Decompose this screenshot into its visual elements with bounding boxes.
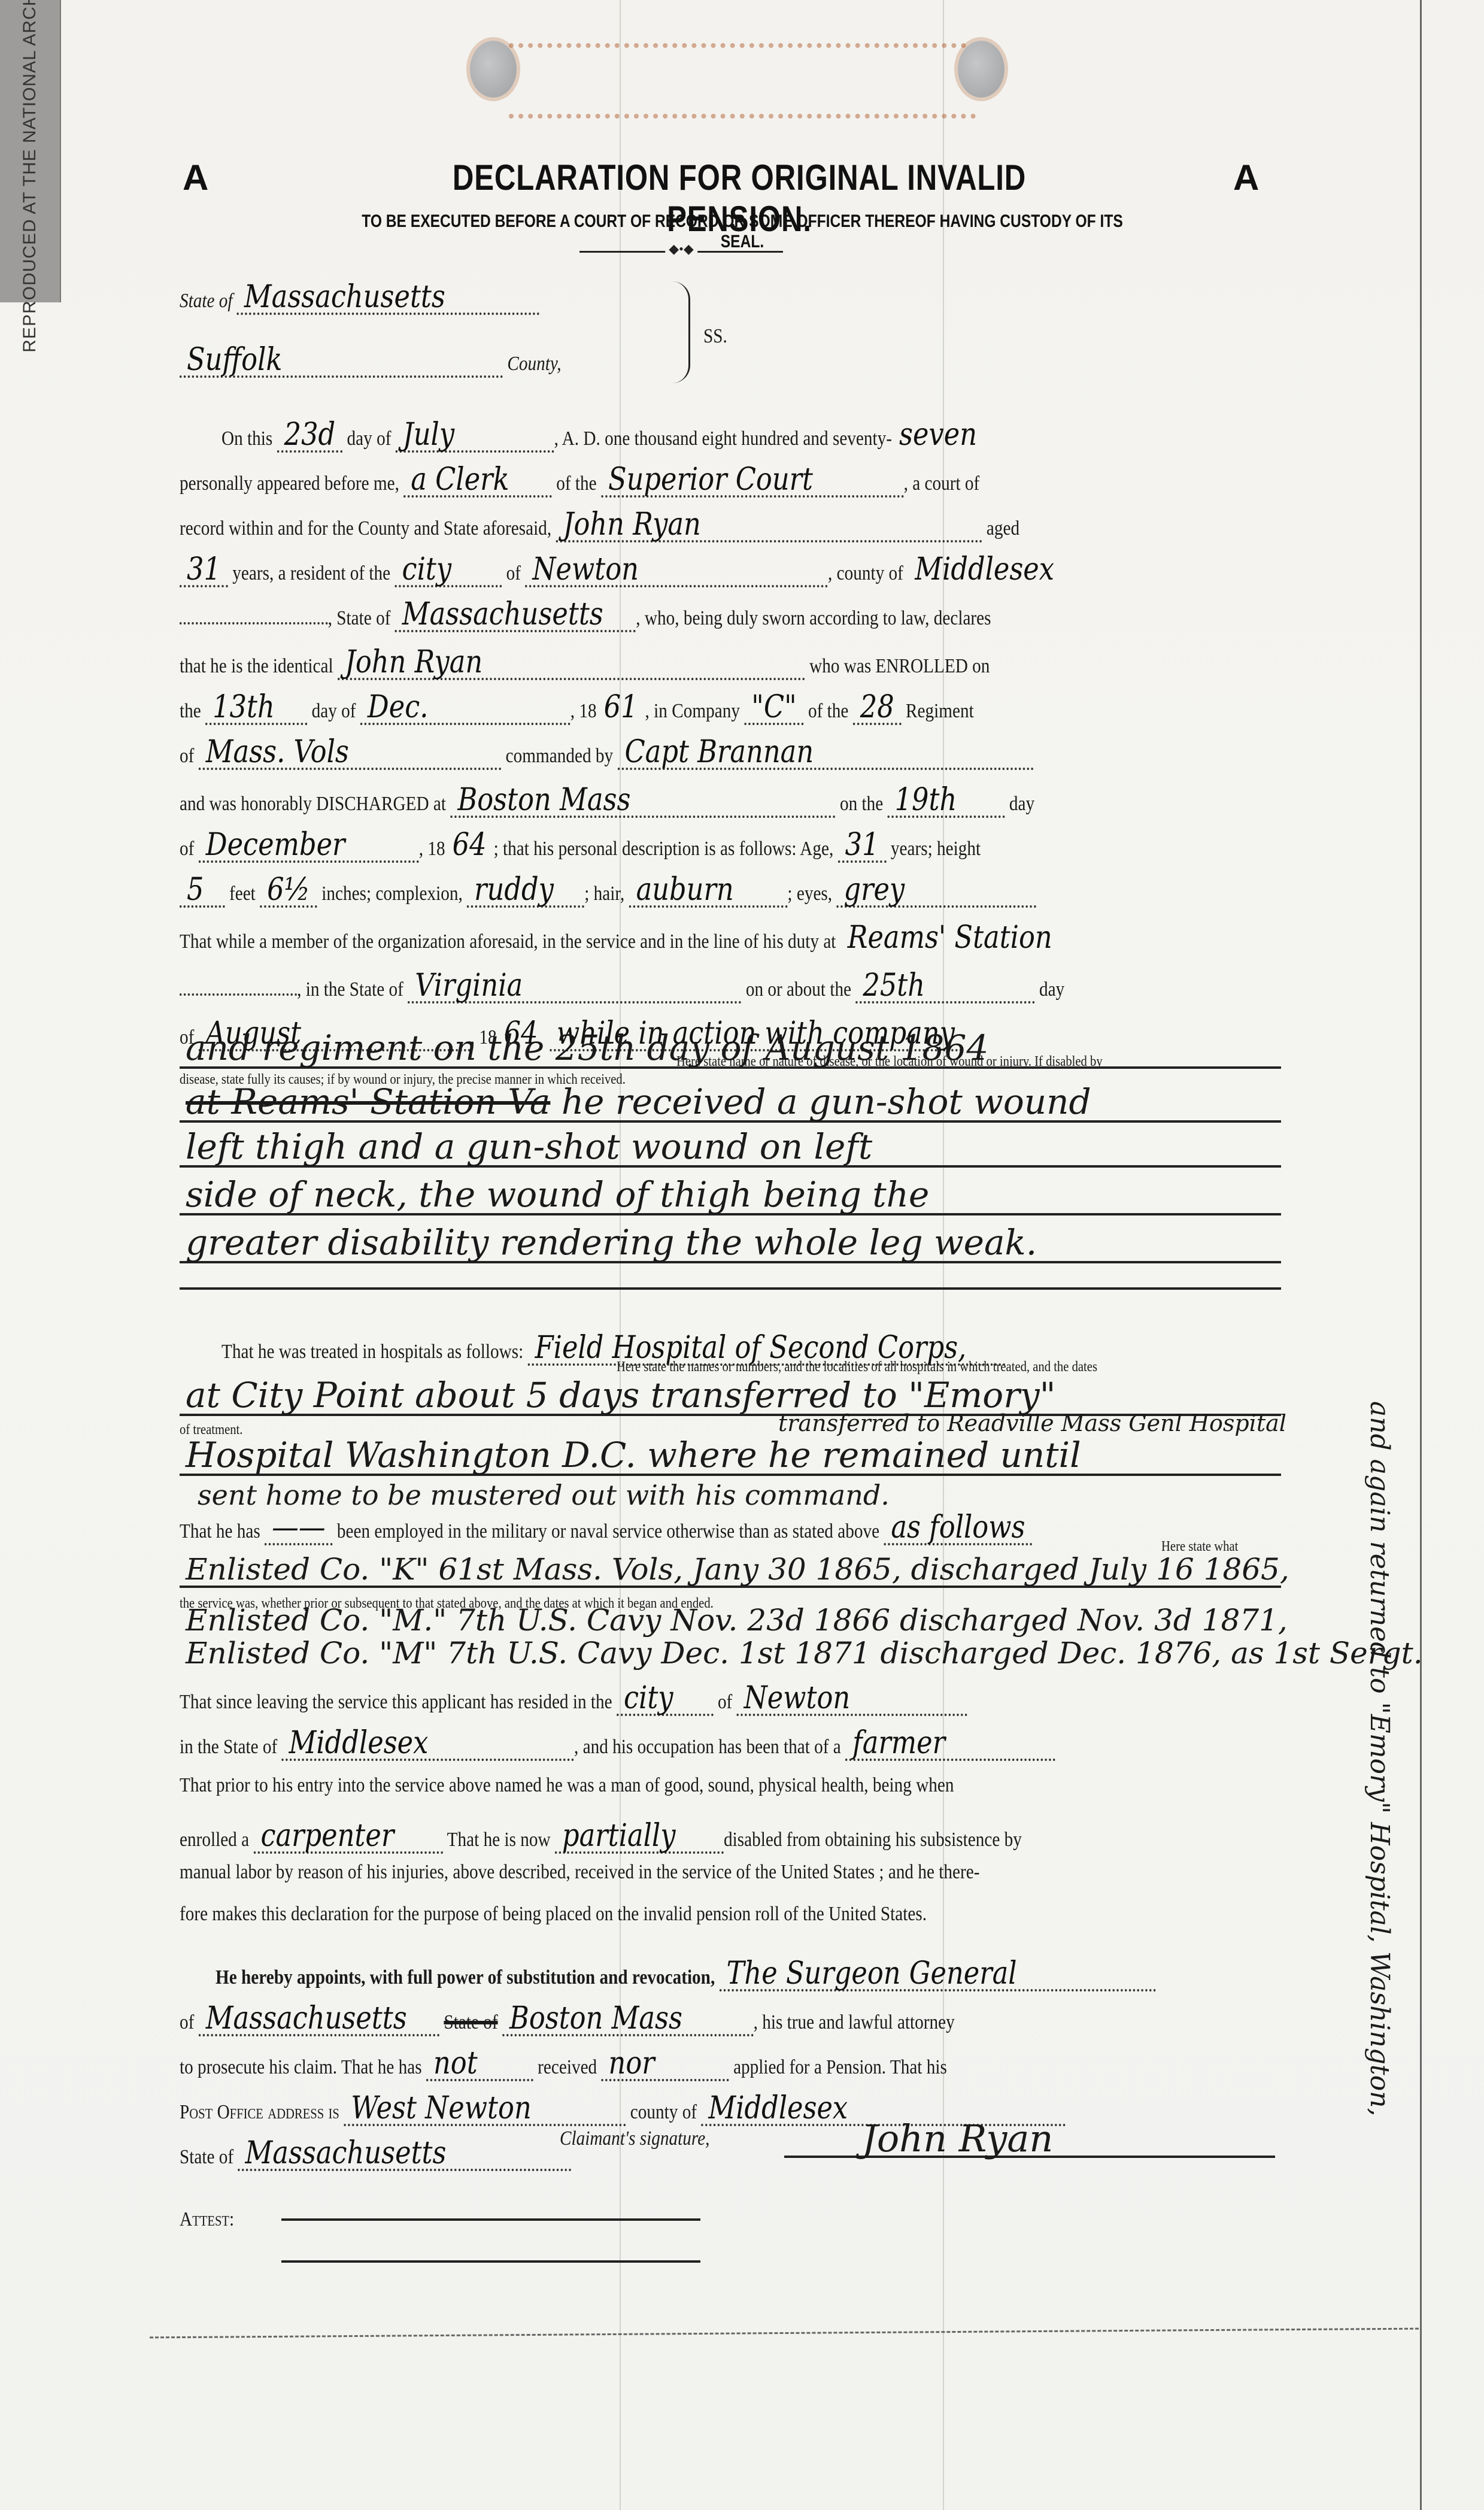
appearance-line-2: personally appeared before me, a Clerk o… <box>180 464 1148 498</box>
state-label: State of <box>180 290 233 312</box>
label: enrolled a <box>180 1829 249 1851</box>
residence-since-line-2: in the State of Middlesex, and his occup… <box>180 1727 1148 1761</box>
label: That he was treated in hospitals as foll… <box>221 1341 523 1363</box>
venue-state-field[interactable]: Massachusetts <box>237 281 540 315</box>
injury-line-1: That while a member of the organization … <box>180 922 1148 953</box>
label: personally appeared before me, <box>180 472 399 495</box>
label: ; that his personal description is as fo… <box>494 838 834 860</box>
identical-name-field[interactable]: John Ryan <box>338 647 805 680</box>
ornament-divider <box>579 247 783 256</box>
venue-county-field[interactable]: Suffolk <box>180 344 503 378</box>
discharge-day-field[interactable]: 19th <box>888 784 1005 818</box>
description-age-field[interactable]: 31 <box>838 829 887 863</box>
venue-state: State of Massachusetts <box>180 281 1148 315</box>
health-prior-text: That prior to his entry into the service… <box>180 1775 1148 1796</box>
received-field[interactable]: not <box>426 2048 533 2081</box>
label: , his true and lawful attorney <box>754 2011 955 2033</box>
injury-narrative-4[interactable]: left thigh and a gun-shot wound on left <box>180 1129 1281 1168</box>
injury-narrative-5[interactable]: side of neck, the wound of thigh being t… <box>180 1177 1281 1215</box>
label: of the <box>556 472 596 495</box>
attorney-line-1: He hereby appoints, with full power of s… <box>216 1958 1183 1991</box>
label: , in Company <box>645 700 740 722</box>
punch-hole <box>470 41 517 98</box>
height-inches-field[interactable]: 6½ <box>260 874 317 908</box>
appearance-line-3: record within and for the County and Sta… <box>180 509 1148 542</box>
label: , 18 <box>419 838 445 860</box>
claimant-name-field[interactable]: John Ryan <box>556 509 982 542</box>
label: State of <box>180 2146 233 2168</box>
archive-stamp: REPRODUCED AT THE NATIONAL ARCHIVES <box>0 0 61 302</box>
age-field[interactable]: 31 <box>180 554 228 587</box>
label: years; height <box>891 838 981 860</box>
label: years, a resident of the <box>232 562 390 584</box>
discharge-line-1: and was honorably DISCHARGED at Boston M… <box>180 784 1148 818</box>
court-field[interactable]: Superior Court <box>601 464 904 498</box>
label: He hereby appoints, with full power of s… <box>216 1966 715 1988</box>
label: That he has <box>180 1520 260 1542</box>
other-service-field-2[interactable]: Enlisted Co. "M." 7th U.S. Cavy Nov. 23d… <box>180 1605 1281 1636</box>
appearance-line-5: , State of Massachusetts, who, being dul… <box>180 599 1148 632</box>
discharge-line-2: of December, 1864; that his personal des… <box>180 829 1148 863</box>
injury-place-continued[interactable] <box>180 993 297 996</box>
signature-label: Claimant's signature, <box>560 2127 709 2150</box>
label: of <box>180 838 194 860</box>
residence-since-line-1: That since leaving the service this appl… <box>180 1683 1148 1716</box>
label: inches; complexion, <box>321 883 462 905</box>
label: day <box>1039 978 1064 1001</box>
enrollment-line-2: the 13th day of Dec., 1861, in Company "… <box>180 692 1148 725</box>
occupation-field[interactable]: farmer <box>845 1727 1055 1761</box>
label: , a court of <box>904 472 980 495</box>
label: who was ENROLLED on <box>809 655 990 677</box>
label: , who, being duly sworn according to law… <box>636 607 991 629</box>
attest-line-2[interactable] <box>281 2260 700 2263</box>
label: commanded by <box>506 745 613 767</box>
state-field[interactable]: Massachusetts <box>395 599 636 632</box>
attest-line-1[interactable] <box>281 2218 700 2221</box>
residence-type-field[interactable]: city <box>394 554 502 587</box>
month-field[interactable]: July <box>396 419 554 453</box>
struck-text: at Reams' Station Va <box>186 1081 550 1122</box>
attorney-line-2: of Massachusetts State of Boston Mass, h… <box>180 2003 1148 2036</box>
injury-day-field[interactable]: 25th <box>855 970 1034 1004</box>
label: and was honorably DISCHARGED at <box>180 793 446 815</box>
day-field[interactable]: 23d <box>277 419 343 453</box>
ss-label: SS. <box>703 326 755 347</box>
attorney-field[interactable]: The Surgeon General <box>720 1958 1156 1991</box>
label: Post Office address is <box>180 2101 339 2123</box>
label: , A. D. one thousand eight hundred and s… <box>554 428 892 450</box>
follows-field[interactable]: as follows <box>884 1512 1032 1545</box>
injury-line-2: , in the State of Virginia on or about t… <box>180 970 1148 1004</box>
fold-crease <box>150 2328 1419 2339</box>
label: , and his occupation has been that of a <box>574 1736 841 1758</box>
label: received <box>538 2056 597 2078</box>
town-field[interactable]: Newton <box>525 554 828 587</box>
commander-field[interactable]: Capt Brannan <box>617 736 1033 770</box>
trade-field[interactable]: carpenter <box>253 1820 442 1854</box>
discharge-place-field[interactable]: Boston Mass <box>450 784 835 818</box>
document-page: REPRODUCED AT THE NATIONAL ARCHIVES A A … <box>0 0 1484 2510</box>
label: applied for a Pension. That his <box>733 2056 947 2078</box>
label: the <box>180 700 201 722</box>
discharge-year-field[interactable]: 64 <box>445 829 494 860</box>
appearance-line-1: On this 23d day of July, A. D. one thous… <box>221 419 1189 453</box>
injury-place-field[interactable]: Reams' Station <box>840 922 1060 953</box>
company-field[interactable]: "C" <box>744 692 803 725</box>
label: of <box>180 745 194 767</box>
regiment-number-field[interactable]: 28 <box>853 692 902 725</box>
narrative-text: he received a gun-shot wound <box>562 1081 1091 1122</box>
label: on the <box>840 793 883 815</box>
form-letter-right: A <box>1233 157 1259 198</box>
label: day of <box>347 428 392 450</box>
margin-annotation: and again returned to "Emory" Hospital, … <box>1364 1401 1395 2197</box>
page-edge-line <box>1420 0 1422 2510</box>
label: That since leaving the service this appl… <box>180 1691 612 1713</box>
description-line: 5 feet 6½ inches; complexion, ruddy; hai… <box>180 874 1148 908</box>
attorney-place-field[interactable]: Massachusetts <box>199 2003 439 2036</box>
hospitals-hint: Here state the names or numbers, and the… <box>617 1359 1097 1375</box>
residence-since-state-field[interactable]: Middlesex <box>282 1727 574 1761</box>
label: aged <box>987 517 1019 539</box>
discharge-month-field[interactable]: December <box>199 829 419 863</box>
height-feet-field[interactable]: 5 <box>180 874 225 908</box>
label: that he is the identical <box>180 655 333 677</box>
struck-label: State of <box>444 2011 497 2033</box>
blank-field[interactable] <box>180 622 328 625</box>
residence-since-town-field[interactable]: Newton <box>737 1683 967 1716</box>
label: On this <box>221 428 272 450</box>
label: county of <box>630 2101 697 2123</box>
hospitals-field-4[interactable]: sent home to be mustered out with his co… <box>198 1479 890 1511</box>
label: day of <box>312 700 356 722</box>
post-office-field[interactable]: West Newton <box>344 2093 626 2126</box>
label: ; eyes, <box>787 883 832 905</box>
other-service-field-3[interactable]: Enlisted Co. "M" 7th U.S. Cavy Dec. 1st … <box>180 1638 1281 1669</box>
injury-narrative-blank[interactable] <box>180 1263 1281 1290</box>
enrollment-line-1: that he is the identical John Ryan who w… <box>180 647 1148 680</box>
label: in the State of <box>180 1736 277 1758</box>
health-line-2: enrolled a carpenter That he is now part… <box>180 1820 1148 1854</box>
enroll-day-field[interactable]: 13th <box>205 692 307 725</box>
disability-degree-field[interactable]: partially <box>555 1820 724 1854</box>
label: That while a member of the organization … <box>180 930 836 953</box>
injury-narrative-3[interactable]: at Reams' Station Va he received a gun-s… <box>180 1084 1281 1123</box>
label: record within and for the County and Sta… <box>180 517 551 539</box>
health-fore-text: fore makes this declaration for the purp… <box>180 1904 1148 1924</box>
label: of <box>506 562 521 584</box>
unit-field[interactable]: Mass. Vols <box>199 736 502 770</box>
label: Regiment <box>906 700 974 722</box>
rust-stain <box>509 43 976 119</box>
enroll-year-field[interactable]: 61 <box>597 692 645 723</box>
label: to prosecute his claim. That he has <box>180 2056 422 2078</box>
officer-field[interactable]: a Clerk <box>403 464 552 498</box>
injury-narrative-2[interactable]: and regiment on the 25th day of August 1… <box>180 1030 1281 1069</box>
hospitals-field-3[interactable]: Hospital Washington D.C. where he remain… <box>180 1437 1281 1476</box>
label: , State of <box>328 607 391 629</box>
label: That he is now <box>447 1829 551 1851</box>
label: , county of <box>828 562 903 584</box>
label: been employed in the military or naval s… <box>337 1520 879 1542</box>
health-manual-text: manual labor by reason of his injuries, … <box>180 1862 1148 1882</box>
form-letter-left: A <box>183 157 208 198</box>
county-label: County, <box>507 353 561 375</box>
label: , in the State of <box>297 978 403 1001</box>
label: feet <box>229 883 256 905</box>
label: ; hair, <box>584 883 624 905</box>
applied-field[interactable]: nor <box>601 2048 729 2081</box>
enroll-month-field[interactable]: Dec. <box>360 692 570 725</box>
other-service-field-1[interactable]: Enlisted Co. "K" 61st Mass. Vols, Jany 3… <box>180 1554 1281 1588</box>
label: of the <box>808 700 848 722</box>
post-office-state-field[interactable]: Massachusetts <box>238 2138 571 2171</box>
claimant-signature[interactable]: John Ryan <box>862 2117 1053 2160</box>
attorney-city-field[interactable]: Boston Mass <box>502 2003 754 2036</box>
document-subtitle: TO BE EXECUTED BEFORE A COURT OF RECORD … <box>345 211 1140 252</box>
attorney-line-3: to prosecute his claim. That he has not … <box>180 2048 1148 2081</box>
label: day <box>1009 793 1034 815</box>
residence-since-type-field[interactable]: city <box>617 1683 714 1716</box>
venue-county: Suffolk County, <box>180 344 1148 378</box>
attest-label: Attest: <box>180 2208 234 2230</box>
county-field[interactable]: Middlesex <box>908 554 1061 585</box>
appearance-line-4: 31 years, a resident of the city of Newt… <box>180 554 1148 587</box>
enrollment-line-3: of Mass. Vols commanded by Capt Brannan <box>180 736 1148 770</box>
label: disabled from obtaining his subsistence … <box>724 1829 1022 1851</box>
label: of <box>180 2011 194 2033</box>
complexion-field[interactable]: ruddy <box>467 874 584 908</box>
hospitals-insert-note: transferred to Readville Mass Genl Hospi… <box>778 1410 1286 1436</box>
hair-field[interactable]: auburn <box>629 874 788 908</box>
label: of <box>718 1691 732 1713</box>
year-field[interactable]: seven <box>892 419 984 450</box>
other-service-line: That he has —— been employed in the mili… <box>180 1512 1148 1545</box>
has-field[interactable]: —— <box>265 1512 333 1545</box>
archive-stamp-text: REPRODUCED AT THE NATIONAL ARCHIVES <box>20 0 40 353</box>
eyes-field[interactable]: grey <box>836 874 1036 908</box>
label: on or about the <box>746 978 851 1001</box>
label: , 18 <box>570 700 597 722</box>
injury-narrative-6[interactable]: greater disability rendering the whole l… <box>180 1224 1281 1263</box>
punch-hole <box>958 41 1004 98</box>
injury-state-field[interactable]: Virginia <box>408 970 741 1004</box>
